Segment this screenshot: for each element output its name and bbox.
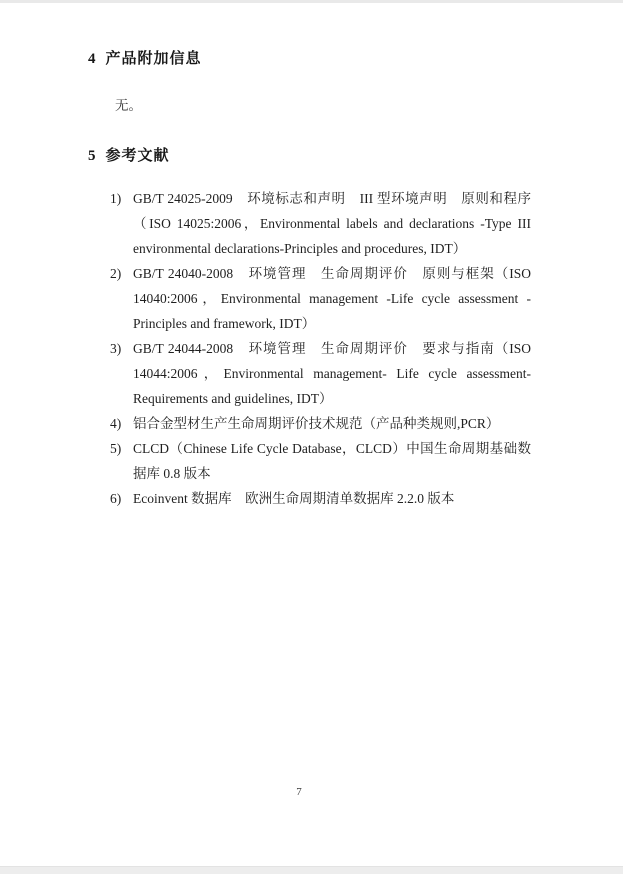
reference-text: Ecoinvent 数据库 欧洲生命周期清单数据库 2.2.0 版本: [133, 486, 531, 511]
reference-item: 5) CLCD（Chinese Life Cycle Database，CLCD…: [88, 436, 534, 486]
reference-text: 铝合金型材生产生命周期评价技术规范（产品种类规则,PCR）: [133, 411, 531, 436]
reference-item: 3) GB/T 24044-2008 环境管理 生命周期评价 要求与指南（ISO…: [88, 336, 534, 411]
reference-item: 1) GB/T 24025-2009 环境标志和声明 III 型环境声明 原则和…: [88, 186, 534, 261]
section-5-title: 参考文献: [106, 144, 170, 165]
section-5-number: 5: [88, 148, 97, 165]
reference-item: 6) Ecoinvent 数据库 欧洲生命周期清单数据库 2.2.0 版本: [88, 486, 534, 511]
section-4-heading: 4 产品附加信息: [88, 47, 534, 68]
reference-text: GB/T 24025-2009 环境标志和声明 III 型环境声明 原则和程序（…: [133, 186, 531, 261]
scan-edge-top: [0, 0, 623, 3]
page-content: 4 产品附加信息 无。 5 参考文献 1) GB/T 24025-2009 环境…: [88, 47, 534, 511]
reference-number: 6): [110, 486, 133, 511]
reference-number: 2): [110, 261, 133, 286]
reference-number: 1): [110, 186, 133, 211]
section-5-heading: 5 参考文献: [88, 144, 534, 165]
reference-text: CLCD（Chinese Life Cycle Database，CLCD）中国…: [133, 436, 531, 486]
page-number: 7: [284, 786, 314, 798]
section-4-body: 无。: [88, 94, 534, 114]
reference-number: 3): [110, 336, 133, 361]
section-4-number: 4: [88, 51, 97, 68]
reference-number: 5): [110, 436, 133, 461]
reference-list: 1) GB/T 24025-2009 环境标志和声明 III 型环境声明 原则和…: [88, 186, 534, 511]
scan-edge-bottom: [0, 866, 623, 874]
section-4-title: 产品附加信息: [106, 47, 202, 68]
reference-text: GB/T 24044-2008 环境管理 生命周期评价 要求与指南（ISO 14…: [133, 336, 531, 411]
reference-text: GB/T 24040-2008 环境管理 生命周期评价 原则与框架（ISO 14…: [133, 261, 531, 336]
reference-number: 4): [110, 411, 133, 436]
document-page: 4 产品附加信息 无。 5 参考文献 1) GB/T 24025-2009 环境…: [0, 0, 623, 874]
reference-item: 4) 铝合金型材生产生命周期评价技术规范（产品种类规则,PCR）: [88, 411, 534, 436]
reference-item: 2) GB/T 24040-2008 环境管理 生命周期评价 原则与框架（ISO…: [88, 261, 534, 336]
